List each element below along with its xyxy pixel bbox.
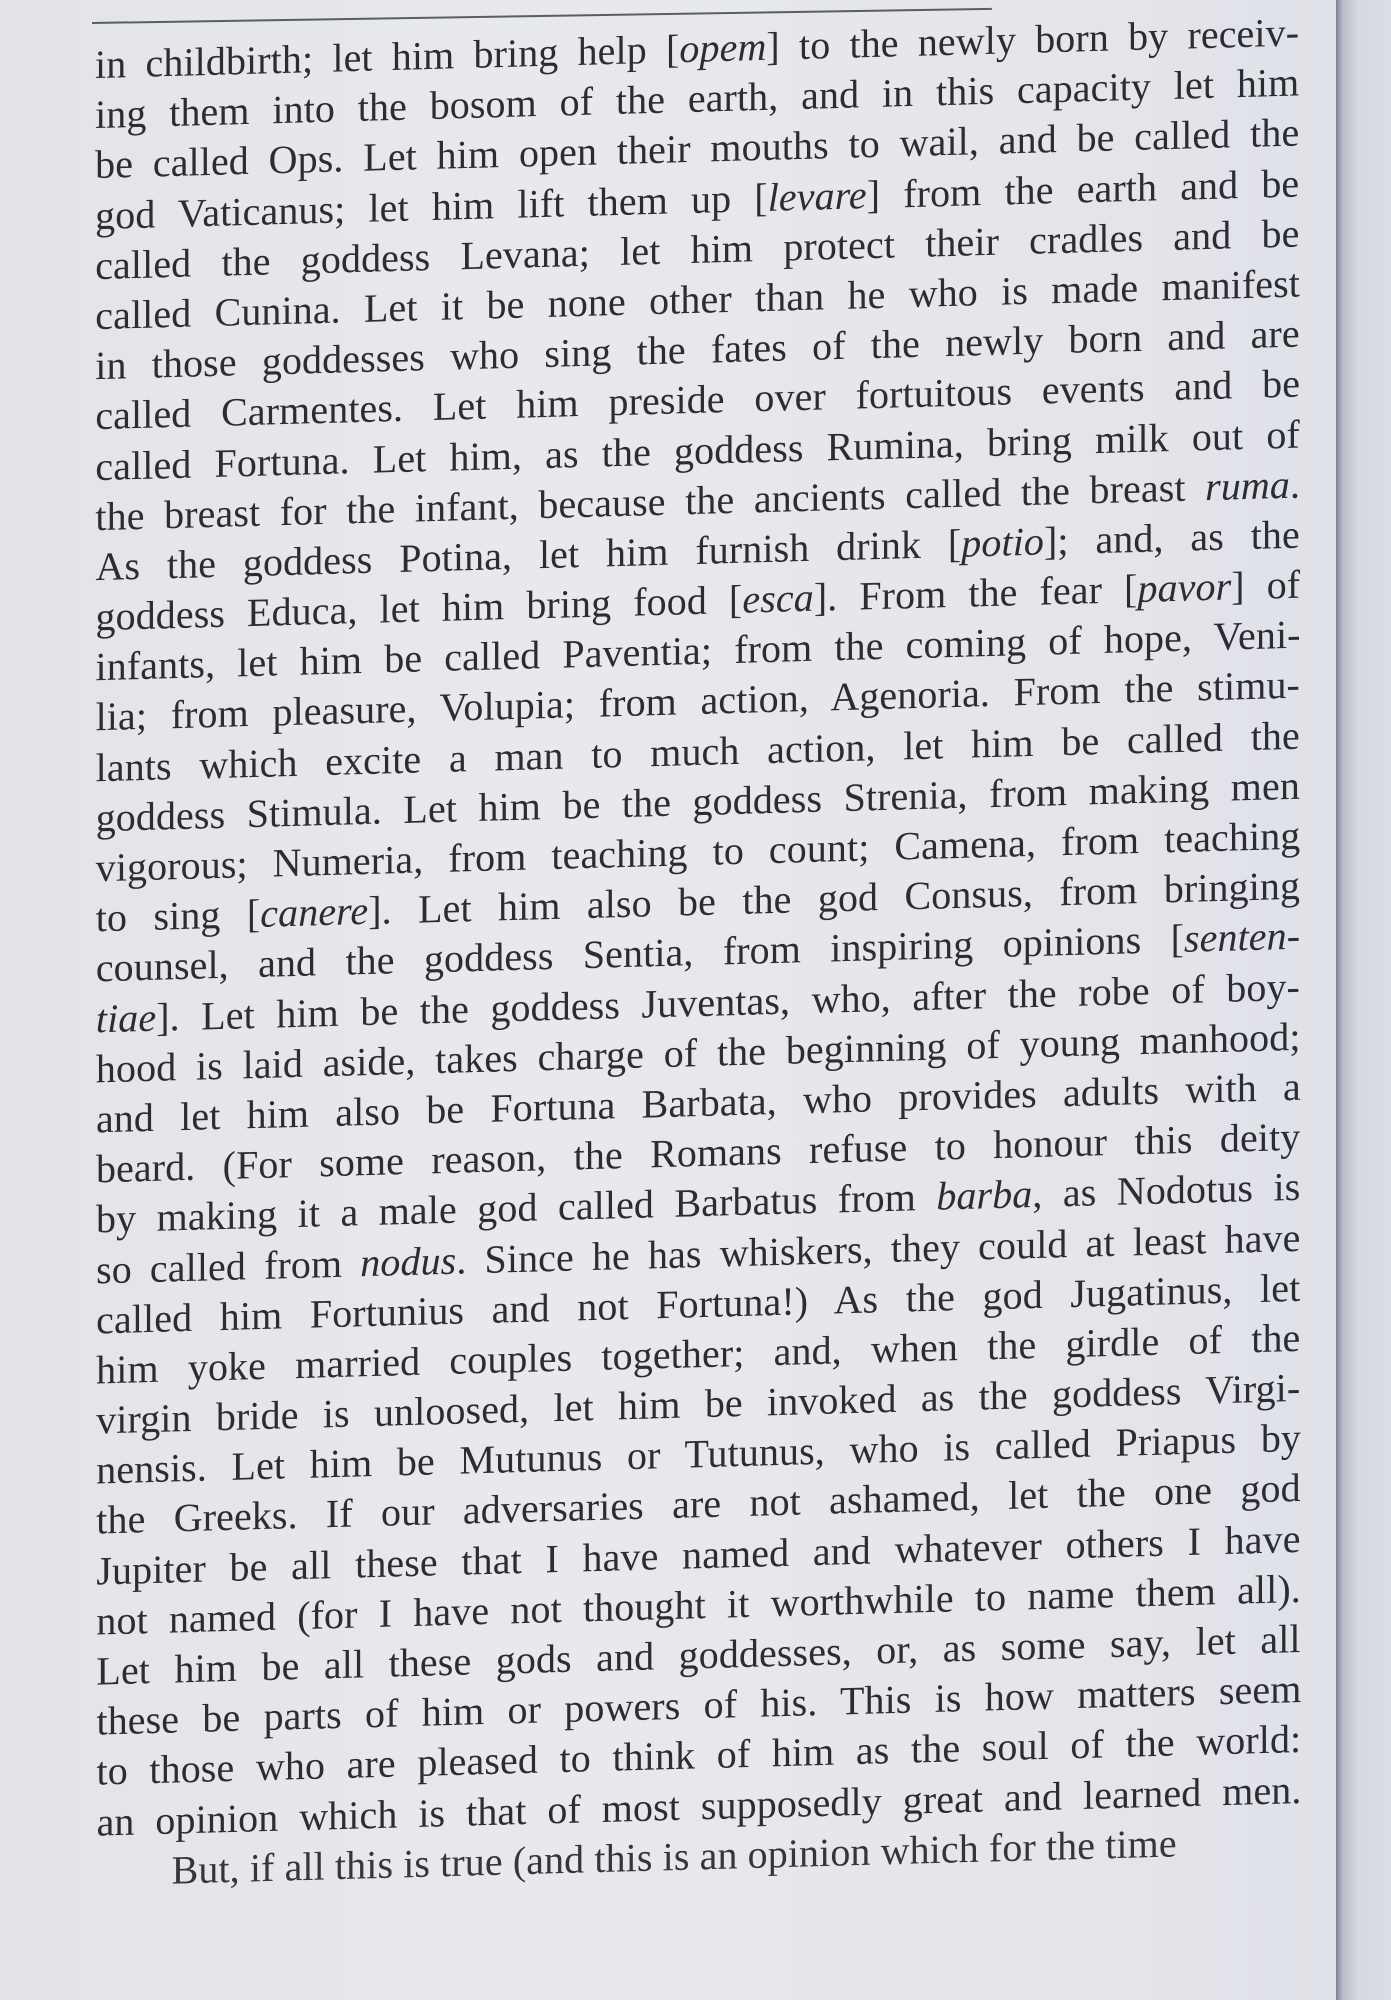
body-text: in childbirth; let him bring help [opem]… — [95, 7, 1301, 1897]
book-page: in childbirth; let him bring help [opem]… — [0, 0, 1336, 2000]
page-edge-shadow — [1336, 0, 1391, 2000]
